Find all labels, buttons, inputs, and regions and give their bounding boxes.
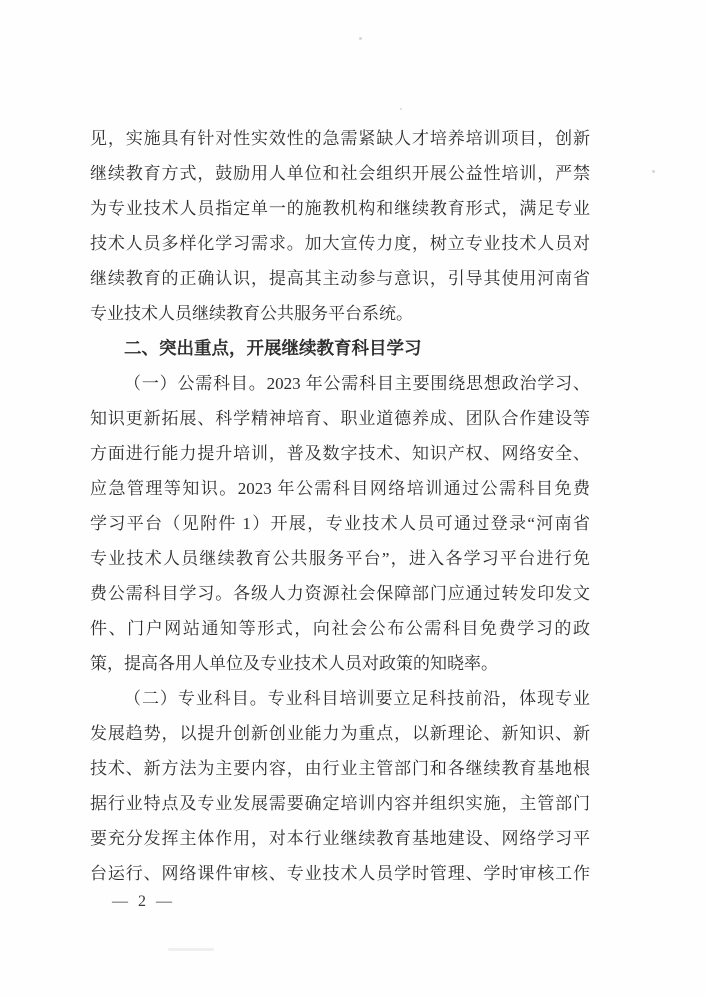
- text-line: 要充分发挥主体作用，对本行业继续教育基地建设、网络学习平: [90, 821, 590, 856]
- paragraph: （二）专业科目。专业科目培训要立足科技前沿，体现专业 发展趋势，以提升创新创业能…: [90, 681, 590, 891]
- text-line: 方面进行能力提升培训，普及数字技术、知识产权、网络安全、: [90, 436, 590, 471]
- paragraph: （一）公需科目。2023 年公需科目主要围绕思想政治学习、 知识更新拓展、科学精…: [90, 366, 590, 681]
- text-line: 费公需科目学习。各级人力资源社会保障部门应通过转发印发文: [90, 576, 590, 611]
- scan-speck: [400, 108, 402, 110]
- paragraph: 见，实施具有针对性实效性的急需紧缺人才培养培训项目，创新 继续教育方式，鼓励用人…: [90, 121, 590, 331]
- text-line: 件、门户网站通知等形式，向社会公布公需科目免费学习的政: [90, 611, 590, 646]
- text-line: 继续教育的正确认识，提高其主动参与意识，引导其使用河南省: [90, 261, 590, 296]
- text-line: 继续教育方式，鼓励用人单位和社会组织开展公益性培训，严禁: [90, 156, 590, 191]
- text-line: 专业技术人员继续教育公共服务平台系统。: [90, 296, 590, 331]
- text-line: 发展趋势，以提升创新创业能力为重点，以新理论、新知识、新: [90, 716, 590, 751]
- text-line: （二）专业科目。专业科目培训要立足科技前沿，体现专业: [90, 681, 590, 716]
- text-line: （一）公需科目。2023 年公需科目主要围绕思想政治学习、: [90, 366, 590, 401]
- scan-speck: [652, 170, 655, 173]
- text-line: 专业技术人员继续教育公共服务平台”，进入各学习平台进行免: [90, 541, 590, 576]
- document-body: 见，实施具有针对性实效性的急需紧缺人才培养培训项目，创新 继续教育方式，鼓励用人…: [90, 121, 590, 891]
- text-line: 应急管理等知识。2023 年公需科目网络培训通过公需科目免费: [90, 471, 590, 506]
- text-line: 技术、新方法为主要内容，由行业主管部门和各继续教育基地根: [90, 751, 590, 786]
- scan-smudge: [168, 948, 214, 951]
- section-heading: 二、突出重点，开展继续教育科目学习: [90, 331, 590, 366]
- text-line: 学习平台（见附件 1）开展，专业技术人员可通过登录“河南省: [90, 506, 590, 541]
- text-line: 策，提高各用人单位及专业技术人员对政策的知晓率。: [90, 646, 590, 681]
- text-line: 知识更新拓展、科学精神培育、职业道德养成、团队合作建设等: [90, 401, 590, 436]
- text-line: 据行业特点及专业发展需要确定培训内容并组织实施，主管部门: [90, 786, 590, 821]
- text-line: 见，实施具有针对性实效性的急需紧缺人才培养培训项目，创新: [90, 121, 590, 156]
- text-line: 技术人员多样化学习需求。加大宣传力度，树立专业技术人员对: [90, 226, 590, 261]
- scan-speck: [558, 444, 560, 446]
- paragraph: 二、突出重点，开展继续教育科目学习: [90, 331, 590, 366]
- document-page: 见，实施具有针对性实效性的急需紧缺人才培养培训项目，创新 继续教育方式，鼓励用人…: [0, 0, 706, 998]
- text-line: 台运行、网络课件审核、专业技术人员学时管理、学时审核工作: [90, 856, 590, 891]
- scan-speck: [359, 37, 362, 40]
- text-line: 为专业技术人员指定单一的施教机构和继续教育形式，满足专业: [90, 191, 590, 226]
- page-number: — 2 —: [112, 892, 175, 912]
